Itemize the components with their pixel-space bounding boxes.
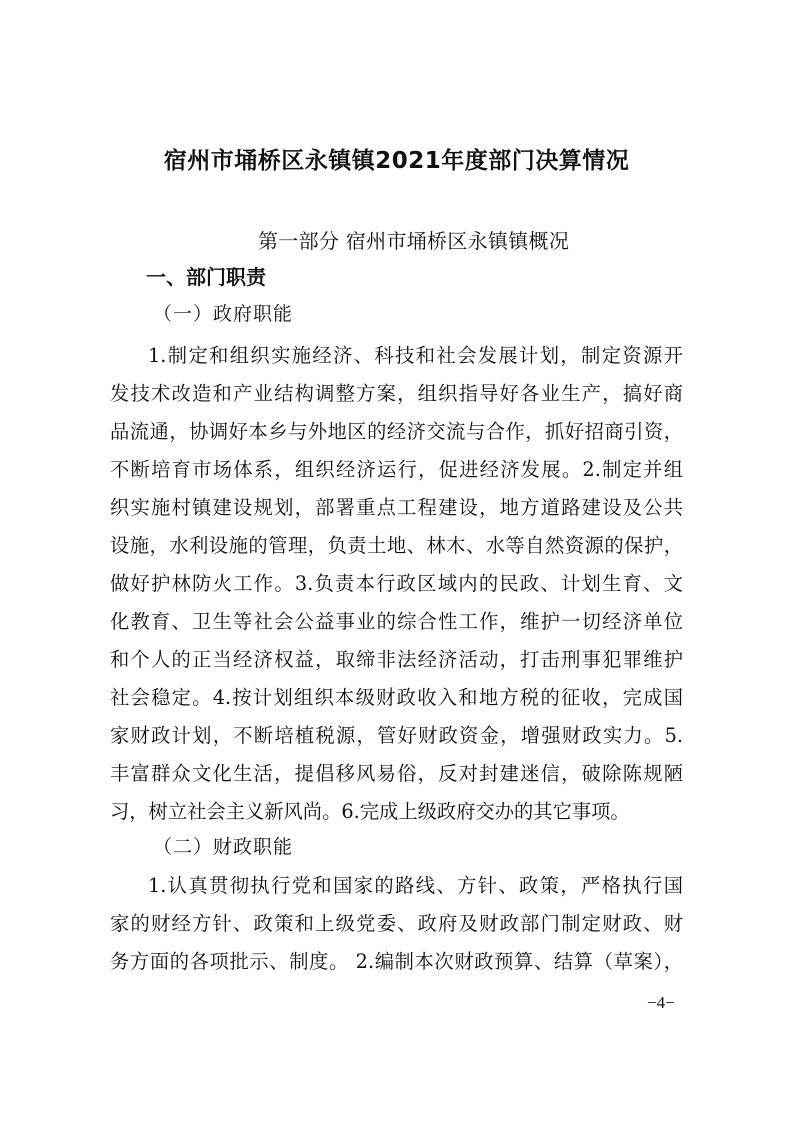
paragraph-line: 品流通，协调好本乡与外地区的经济交流与合作，抓好招商引资，: [110, 422, 683, 441]
paragraph-line: 化教育、卫生等社会公益事业的综合性工作，维护一切经济单位: [110, 612, 683, 631]
paragraph-line: 1.认真贯彻执行党和国家的路线、方针、政策，严格执行国: [148, 876, 683, 895]
page-number: −4−: [647, 994, 675, 1011]
subsection-heading-government: （一）政府职能: [153, 305, 293, 324]
paragraph-line: 家的财经方针、政策和上级党委、政府及财政部门制定财政、财: [110, 914, 683, 933]
paragraph-line: 丰富群众文化生活，提倡移风易俗，反对封建迷信，破除陈规陋: [110, 764, 683, 783]
paragraph-line: 和个人的正当经济权益，取缔非法经济活动，打击刑事犯罪维护: [110, 650, 683, 669]
part-heading: 第一部分 宿州市埇桥区永镇镇概况: [258, 231, 569, 251]
paragraph-line: 家财政计划，不断培植税源，管好财政资金，增强财政实力。5.: [110, 726, 683, 745]
paragraph-line: 习，树立社会主义新风尚。6.完成上级政府交办的其它事项。: [110, 802, 683, 821]
paragraph-line: 1.制定和组织实施经济、科技和社会发展计划，制定资源开: [148, 346, 683, 365]
paragraph-line: 做好护林防火工作。3.负责本行政区域内的民政、计划生育、文: [110, 574, 683, 593]
document-title: 宿州市埇桥区永镇镇2021年度部门决算情况: [0, 150, 793, 173]
paragraph-line: 务方面的各项批示、制度。 2.编制本次财政预算、结算（草案），: [110, 952, 683, 971]
document-page: 宿州市埇桥区永镇镇2021年度部门决算情况 第一部分 宿州市埇桥区永镇镇概况 一…: [0, 0, 793, 1122]
paragraph-line: 设施，水利设施的管理，负责土地、林木、水等自然资源的保护，: [110, 536, 683, 555]
paragraph-line: 不断培育市场体系，组织经济运行，促进经济发展。2.制定并组: [110, 460, 683, 479]
paragraph-line: 织实施村镇建设规划，部署重点工程建设，地方道路建设及公共: [110, 498, 683, 517]
paragraph-line: 发技术改造和产业结构调整方案，组织指导好各业生产，搞好商: [110, 384, 683, 403]
subsection-heading-finance: （二）财政职能: [153, 838, 293, 857]
paragraph-line: 社会稳定。4.按计划组织本级财政收入和地方税的征收，完成国: [110, 688, 683, 707]
section-heading: 一、部门职责: [146, 267, 266, 287]
